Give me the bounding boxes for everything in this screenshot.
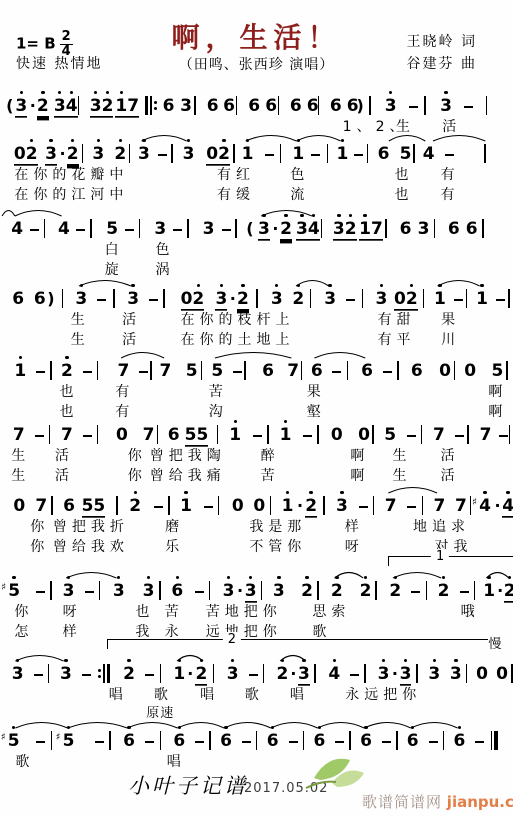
- note: 5♯: [8, 731, 20, 751]
- lyric-segment: 有: [441, 187, 460, 204]
- octave-dot: [487, 576, 490, 579]
- octave-dot: [262, 214, 265, 217]
- note: 2: [438, 581, 450, 601]
- note-group: 4: [502, 492, 513, 516]
- barline: [269, 492, 273, 516]
- duration-dash: [455, 435, 464, 438]
- octave-dot: [106, 91, 109, 94]
- lyric-segment: 有: [441, 167, 460, 184]
- note: 3: [154, 219, 166, 239]
- barline: [208, 577, 212, 601]
- barline: [420, 421, 424, 445]
- note-group: 6: [411, 357, 423, 381]
- octave-dot: [241, 284, 244, 287]
- note: 5: [197, 425, 209, 445]
- note: 3: [440, 96, 452, 116]
- note-group: 3: [92, 140, 104, 164]
- duration-dash: [289, 741, 298, 744]
- note-group: 1: [282, 492, 294, 516]
- lyric-segment: 啊: [488, 404, 507, 421]
- note: 5: [211, 361, 223, 381]
- note-group: 6: [448, 215, 460, 239]
- note: 6: [378, 144, 390, 164]
- note-group: [330, 357, 343, 381]
- lyric-segment: 曾把我折: [53, 519, 129, 536]
- note: 0: [331, 425, 343, 445]
- note-group: [409, 577, 422, 601]
- note-group: [193, 577, 206, 601]
- note: 1: [115, 96, 127, 116]
- duration-dash: [35, 435, 44, 438]
- octave-dot: [119, 139, 122, 142]
- note-group: 7: [287, 357, 299, 381]
- barline: [49, 577, 53, 601]
- octave-dot: [341, 139, 344, 142]
- note: 0: [476, 664, 488, 684]
- lyric-segment: 样: [345, 519, 364, 536]
- barline: [425, 577, 429, 601]
- note: 2: [345, 219, 357, 239]
- note: 2: [123, 664, 135, 684]
- note: 6: [313, 731, 325, 751]
- note-group: 1: [476, 285, 488, 309]
- barline: [98, 577, 102, 601]
- octave-dot: [305, 576, 308, 579]
- note: 3: [138, 144, 150, 164]
- note: 6: [12, 289, 24, 309]
- barline: [366, 140, 370, 164]
- lyric-segment: 白: [105, 242, 124, 259]
- note-group: 3: [418, 215, 430, 239]
- note-group: [380, 727, 393, 751]
- octave-dot: [71, 139, 74, 142]
- duration-dash: [464, 106, 473, 109]
- note-group: 5: [211, 357, 223, 381]
- note-group: 6: [466, 215, 478, 239]
- note: 1: [173, 664, 185, 684]
- final-barline: [490, 727, 500, 751]
- lyric-segment: 也: [60, 384, 79, 401]
- note: 0: [206, 144, 218, 164]
- note: 2: [61, 361, 73, 381]
- duration-dash: [411, 591, 420, 594]
- transcriber-signature: 小叶子记谱: [128, 770, 248, 800]
- note-group: [247, 660, 260, 684]
- note: 5: [185, 425, 197, 445]
- note-group: 2: [37, 92, 49, 116]
- duration-dash: [145, 674, 154, 677]
- note: 6: [361, 361, 373, 381]
- note: 7: [160, 361, 172, 381]
- note: 0: [253, 496, 265, 516]
- note-group: 6: [313, 727, 325, 751]
- note-group: [453, 421, 466, 445]
- music-line: 12775567666005也有苦果啊也有沟壑啊: [0, 357, 513, 427]
- note-group: 7: [61, 421, 73, 445]
- note-group: [494, 285, 507, 309]
- octave-dot: [380, 284, 383, 287]
- duration-dash: [195, 741, 204, 744]
- duration-dash: [354, 154, 363, 157]
- note-group: 7: [160, 357, 172, 381]
- note: 6: [123, 731, 135, 751]
- note-group: [83, 577, 96, 601]
- barline: [138, 215, 142, 239]
- note-group: ·: [229, 285, 237, 309]
- repeat-end-barline: [96, 660, 111, 684]
- barline: [372, 492, 376, 516]
- note: 0: [394, 289, 406, 309]
- note: 6: [330, 96, 342, 116]
- note-group: 0: [116, 421, 128, 445]
- lyric-segment: 流: [290, 187, 309, 204]
- octave-dot: [337, 214, 340, 217]
- barline: [507, 285, 511, 309]
- note: 6: [168, 425, 180, 445]
- octave-dot: [364, 576, 367, 579]
- duration-dash: [173, 229, 182, 232]
- barline: [232, 140, 236, 164]
- barline: [302, 727, 306, 751]
- note: 2: [406, 289, 418, 309]
- barline: [128, 140, 132, 164]
- note-group: 3: [385, 92, 397, 116]
- barline: [412, 140, 416, 164]
- sharp-accidental: ♯: [472, 493, 477, 513]
- note-group: 6: [400, 215, 412, 239]
- duration-dash: [332, 371, 341, 374]
- score: (3·23432176366666666)331、2、生活023·2323302…: [0, 0, 513, 817]
- note-group: [458, 577, 471, 601]
- note-group: 4: [58, 215, 70, 239]
- note: 3: [258, 219, 270, 239]
- octave-dot: [120, 91, 123, 94]
- note-group: 4: [423, 140, 435, 164]
- note: 6: [411, 361, 423, 381]
- note-group: 6: [407, 727, 419, 751]
- note-group: 7: [433, 492, 445, 516]
- note-group: [427, 727, 440, 751]
- barline: [108, 727, 112, 751]
- note-group: 1: [434, 285, 446, 309]
- note: 6: [34, 289, 46, 309]
- duration-dash: [76, 229, 85, 232]
- note-group: 32: [90, 92, 114, 116]
- augmentation-dot: ·: [271, 219, 279, 239]
- lyric-segment: 永远把你: [345, 687, 421, 704]
- note-group: 2: [237, 285, 249, 309]
- note: 3: [215, 289, 227, 309]
- note-group: 5: [106, 215, 118, 239]
- note-group: [357, 492, 370, 516]
- note-group: 1: [280, 421, 292, 445]
- note: 2: [195, 664, 207, 684]
- note-group: [348, 660, 361, 684]
- note-group: 7: [117, 357, 129, 381]
- octave-dot: [117, 576, 120, 579]
- lyric-segment: 色: [290, 167, 309, 184]
- note-group: [344, 285, 357, 309]
- octave-dot: [58, 91, 61, 94]
- note-group: 5: [400, 140, 412, 164]
- note: 6: [453, 731, 465, 751]
- duration-dash: [97, 299, 106, 302]
- duration-dash: [149, 299, 158, 302]
- note-group: 0: [476, 660, 488, 684]
- lyric-segment: 活: [441, 448, 460, 465]
- lyric-segment: 有: [115, 384, 134, 401]
- sharp-accidental: ♯: [1, 578, 6, 598]
- duration-dash: [265, 154, 274, 157]
- lyric-segment: 醉: [261, 448, 280, 465]
- note: 6: [220, 731, 232, 751]
- note-group: ·: [296, 492, 304, 516]
- augmentation-dot: ·: [229, 289, 237, 309]
- note-group: [352, 140, 365, 164]
- barline: [313, 660, 317, 684]
- note-group: 6: [267, 727, 279, 751]
- note-group: 3: [45, 140, 57, 164]
- sharp-accidental: ♯: [1, 728, 6, 748]
- note-group: 3: [223, 577, 235, 601]
- note-group: [34, 357, 47, 381]
- note: 3: [54, 96, 66, 116]
- note: 3: [75, 289, 87, 309]
- note-group: 3: [440, 92, 452, 116]
- barline: [322, 492, 326, 516]
- note: 2: [114, 144, 126, 164]
- lyric-segment: 苦: [209, 384, 228, 401]
- barline: [159, 660, 163, 684]
- barline: [115, 492, 119, 516]
- octave-dot: [438, 284, 441, 287]
- note-group: 2: [438, 577, 450, 601]
- augmentation-dot: ·: [289, 664, 297, 684]
- note: 3: [296, 219, 308, 239]
- duration-dash: [311, 154, 320, 157]
- octave-dot: [20, 91, 23, 94]
- note-group: 3: [400, 660, 412, 684]
- note: 2: [305, 496, 317, 516]
- octave-dot: [410, 284, 413, 287]
- lyric-segment: 在你的花瓣中: [14, 167, 128, 184]
- barline: [158, 577, 162, 601]
- octave-dot: [275, 284, 278, 287]
- octave-dot: [483, 491, 486, 494]
- note: 4: [328, 664, 340, 684]
- note-group: [407, 92, 420, 116]
- lyric-segment: 有红: [217, 167, 255, 184]
- note-group: 2: [123, 660, 135, 684]
- lyric-segment: 果: [307, 384, 326, 401]
- lyric-segment: 唱: [109, 687, 128, 704]
- octave-dot: [284, 420, 287, 423]
- note-group: 6: [63, 492, 75, 516]
- octave-dot: [271, 726, 274, 729]
- note-group: 3: [324, 285, 336, 309]
- octave-dot: [363, 214, 366, 217]
- note: 0: [358, 425, 370, 445]
- note: 3: [336, 496, 348, 516]
- lyric-segment: 有甜: [378, 312, 416, 329]
- barline: [48, 421, 52, 445]
- barline: [96, 421, 100, 445]
- note-group: 3: [138, 140, 150, 164]
- note: 2: [129, 496, 141, 516]
- note-group: [152, 492, 165, 516]
- note: 0: [116, 425, 128, 445]
- note: 7: [371, 219, 383, 239]
- barline: [346, 357, 350, 381]
- lyric-segment: 生: [71, 312, 90, 329]
- lyric-segment: 你: [30, 519, 49, 536]
- octave-dot: [176, 576, 179, 579]
- barline: [159, 727, 163, 751]
- note-group: 3: [203, 215, 215, 239]
- barline: [465, 285, 469, 309]
- note-group: [32, 660, 45, 684]
- octave-dot: [131, 284, 134, 287]
- octave-dot: [364, 726, 367, 729]
- note: 0: [13, 496, 25, 516]
- note: 1: [483, 581, 495, 601]
- note: 0: [181, 289, 193, 309]
- note-group: [74, 215, 87, 239]
- note-group: 17: [359, 215, 383, 239]
- octave-dot: [433, 659, 436, 662]
- octave-dot: [97, 139, 100, 142]
- note-group: ·: [236, 577, 244, 601]
- note-group: ): [357, 92, 364, 116]
- note-group: ·: [494, 492, 502, 516]
- note-group: 7: [13, 421, 25, 445]
- note: 7: [433, 425, 445, 445]
- note: 1: [337, 144, 349, 164]
- augmentation-dot: ·: [296, 496, 304, 516]
- duration-dash: [36, 371, 45, 374]
- barline: [217, 492, 221, 516]
- lyric-segment: 也: [394, 187, 413, 204]
- note: 6: [207, 96, 219, 116]
- note-group: 02: [14, 140, 38, 164]
- barline: [212, 660, 216, 684]
- site-watermark: 歌谱简谱网 jianpu.cn: [362, 791, 513, 812]
- octave-dot: [64, 659, 67, 662]
- note: 2: [292, 289, 304, 309]
- note: 3: [12, 664, 24, 684]
- barline: [320, 215, 324, 239]
- note: 3: [45, 144, 57, 164]
- note-group: [93, 727, 106, 751]
- music-line: 77076551100577生活你曾把我陶醉啊生活生活你曾给我痛苦啊生活: [0, 421, 513, 491]
- octave-dot: [333, 659, 336, 662]
- note-group: ·: [58, 140, 66, 164]
- parenthesis: ): [357, 95, 364, 116]
- barline: [43, 215, 47, 239]
- note: 5: [82, 496, 94, 516]
- note-group: 6: [453, 727, 465, 751]
- octave-dot: [12, 576, 15, 579]
- duration-dash: [83, 435, 92, 438]
- note-group: 3: [258, 215, 270, 239]
- note: 2: [280, 219, 292, 239]
- note: 4: [308, 219, 320, 239]
- note: 3: [271, 289, 283, 309]
- note: 6: [407, 731, 419, 751]
- lyric-segment: 啊: [488, 384, 507, 401]
- note: 5♯: [8, 581, 20, 601]
- note-group: 6: [163, 92, 175, 116]
- lyric-segment: 歌: [245, 687, 264, 704]
- octave-dot: [309, 491, 312, 494]
- note: 7: [61, 425, 73, 445]
- lyric-segment: 也: [135, 604, 154, 621]
- note-group: 2: [360, 577, 372, 601]
- note-group: 2: [67, 140, 79, 164]
- octave-dot: [94, 91, 97, 94]
- barline: [243, 357, 247, 381]
- note-group: ·: [29, 92, 37, 116]
- duration-dash: [350, 674, 359, 677]
- volta-bracket: [388, 556, 513, 566]
- octave-dot: [246, 139, 249, 142]
- note-group: ·: [271, 215, 279, 239]
- watermark-site-url[interactable]: jianpu.cn: [447, 793, 513, 811]
- note: 3: [113, 581, 125, 601]
- octave-dot: [178, 726, 181, 729]
- note: 1: [359, 219, 371, 239]
- octave-dot: [200, 659, 203, 662]
- note: 3: [223, 581, 235, 601]
- note-group: 2: [277, 660, 289, 684]
- parenthesis: (: [246, 218, 253, 239]
- note: 3: [333, 219, 345, 239]
- octave-dot: [318, 726, 321, 729]
- duration-dash: [407, 506, 416, 509]
- barline: [368, 92, 372, 116]
- lyric-segment: 壑: [307, 404, 326, 421]
- note-group: 1: [14, 357, 26, 381]
- note-group: 2: [129, 492, 141, 516]
- note-group: [263, 140, 276, 164]
- note-group: 1: [229, 421, 241, 445]
- note: 4: [502, 496, 513, 516]
- note-group: 34: [54, 92, 78, 116]
- barline: [316, 577, 320, 601]
- note-group: 7: [143, 421, 155, 445]
- note-group: 3: [336, 492, 348, 516]
- octave-dot: [404, 659, 407, 662]
- note: 2: [389, 581, 401, 601]
- note-group: 2: [389, 577, 401, 601]
- barline: [77, 92, 81, 116]
- barline: [465, 660, 469, 684]
- octave-dot: [349, 214, 352, 217]
- note: 4: [66, 96, 78, 116]
- barline: [162, 285, 166, 309]
- note: 6: [171, 581, 183, 601]
- lyric-segment: 色: [155, 242, 174, 259]
- barline: [89, 215, 93, 239]
- lyric-segment: 沟: [209, 404, 228, 421]
- note-group: [156, 140, 169, 164]
- lyric-segment: 苦: [165, 604, 184, 621]
- note: 1: [280, 425, 292, 445]
- note: 6: [163, 96, 175, 116]
- duration-dash: [145, 741, 154, 744]
- barline: [156, 421, 160, 445]
- note-group: 3: [215, 285, 227, 309]
